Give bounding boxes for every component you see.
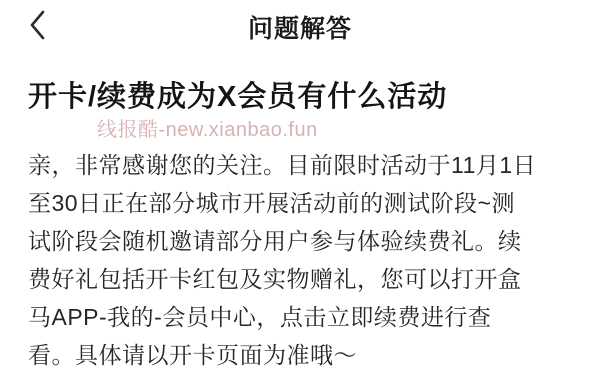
faq-content: 开卡/续费成为X会员有什么活动 线报酷-new.xianbao.fun 亲，非常… [28, 78, 576, 116]
page-title: 问题解答 [0, 9, 600, 45]
faq-page: 问题解答 开卡/续费成为X会员有什么活动 线报酷-new.xianbao.fun… [0, 0, 600, 371]
nav-header: 问题解答 [0, 0, 600, 52]
body-text-line: 看。具体请以开卡页面为准哦～ [28, 336, 576, 371]
body-text-line: 马APP-我的-会员中心，点击立即续费进行查 [28, 298, 576, 336]
body-text-line: 费好礼包括开卡红包及实物赠礼，您可以打开盒 [28, 260, 576, 298]
question-title: 开卡/续费成为X会员有什么活动 [28, 78, 576, 116]
body-text-line: 亲，非常感谢您的关注。目前限时活动于11月1日 [28, 146, 576, 184]
body-text-line: 试阶段会随机邀请部分用户参与体验续费礼。续 [28, 222, 576, 260]
watermark: 线报酷-new.xianbao.fun [97, 118, 318, 142]
body-text-line: 至30日正在部分城市开展活动前的测试阶段~测 [28, 184, 576, 222]
answer-paragraph: 亲，非常感谢您的关注。目前限时活动于11月1日 至30日正在部分城市开展活动前的… [28, 146, 576, 371]
